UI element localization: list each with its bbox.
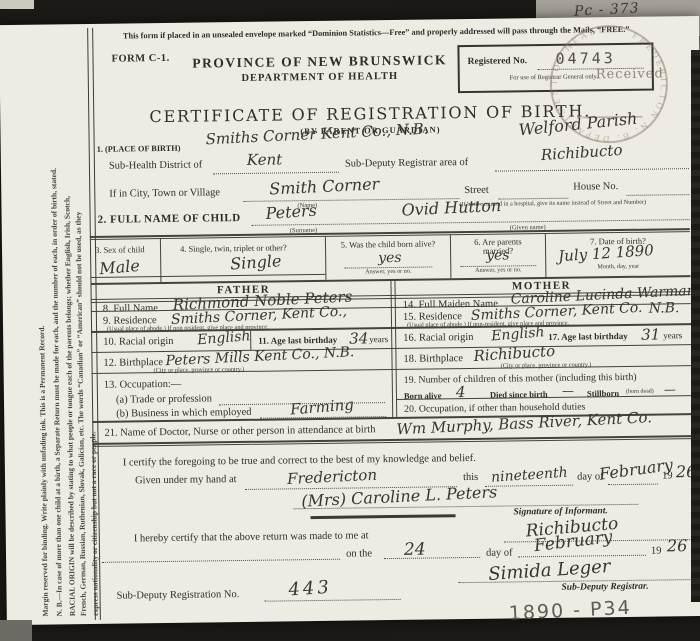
registrar-statement: I hereby certify that the above return w… bbox=[134, 530, 369, 544]
children-count-label: 19. Number of children of this mother (i… bbox=[404, 372, 637, 386]
registrar-dayof-label: day of bbox=[486, 547, 513, 558]
parents-married-note: Answer, yes or no. bbox=[452, 266, 544, 274]
city-town-village-label: If in City, Town or Village bbox=[109, 187, 220, 199]
sub-health-district-label: Sub-Health District of bbox=[109, 159, 202, 171]
mother-racial-origin-value: English bbox=[491, 324, 546, 344]
father-racial-origin-label: 10. Racial origin bbox=[103, 336, 173, 348]
certificate-paper: Margin reserved for binding. Write plain… bbox=[0, 16, 700, 625]
catalog-number-annotation: 1890 - P34 bbox=[508, 597, 632, 625]
full-name-of-child-label: 2. FULL NAME OF CHILD bbox=[98, 212, 241, 226]
given-under-hand-label: Given under my hand at bbox=[135, 474, 237, 486]
mother-racial-origin-label: 16. Racial origin bbox=[403, 332, 473, 344]
scan-top-left-sliver bbox=[0, 0, 34, 9]
place-of-birth-label: 1. (PLACE OF BIRTH) bbox=[97, 144, 181, 154]
sub-deputy-regno-label: Sub-Deputy Registration No. bbox=[116, 589, 239, 602]
father-age-divider bbox=[250, 329, 251, 350]
registrar-year-value: 26 bbox=[667, 536, 688, 555]
sub-health-line bbox=[213, 171, 339, 175]
father-business-label: (b) Business in which employed bbox=[116, 407, 251, 420]
registrar-signature-label: Sub-Deputy Registrar. bbox=[561, 582, 648, 593]
born-alive-q-value: yes bbox=[378, 250, 402, 266]
father-full-name-label: 8. Full Name bbox=[103, 303, 158, 315]
sub-deputy-area-line bbox=[495, 167, 689, 172]
stamp-received-text: Received bbox=[596, 66, 664, 82]
born-alive-q-note: Answer, yes or no. bbox=[336, 267, 440, 275]
sub-deputy-area-value: Richibucto bbox=[540, 141, 623, 164]
mother-birthplace-label: 18. Birthplace bbox=[403, 353, 463, 365]
mother-age-label: 17. Age last birthday bbox=[548, 331, 628, 342]
father-occupation-label: 13. Occupation:— bbox=[104, 379, 182, 391]
registrar-separator-line bbox=[311, 514, 456, 518]
certify-this-label: this bbox=[463, 472, 478, 483]
father-age-label: 11. Age last birthday bbox=[258, 335, 337, 346]
child-surname-value: Peters bbox=[265, 201, 317, 223]
margin-note-binding: Margin reserved for binding. Write plain… bbox=[37, 326, 50, 617]
registered-no-label: Registered No. bbox=[468, 56, 528, 67]
city-value: Smith Corner bbox=[269, 174, 380, 198]
certify-month-line bbox=[608, 483, 658, 486]
born-alive-q-label: 5. Was the child born alive? bbox=[328, 238, 448, 250]
sub-deputy-regno-value: 443 bbox=[288, 577, 333, 601]
house-no-line bbox=[626, 193, 689, 196]
mother-age-value: 31 bbox=[641, 325, 660, 343]
mother-birthplace-note: (City or place, province or country.) bbox=[501, 361, 592, 369]
date-of-birth-note: Month, day, year bbox=[550, 262, 686, 271]
certify-day-value: nineteenth bbox=[491, 465, 569, 486]
father-age-unit: years bbox=[369, 334, 388, 344]
sub-deputy-area-label: Sub-Deputy Registrar area of bbox=[345, 157, 468, 170]
house-no-label: House No. bbox=[573, 181, 618, 193]
parents-married-value: yes bbox=[486, 247, 510, 263]
sex-of-child-label: 3. Sex of child bbox=[95, 244, 145, 255]
certify-year-prefix: 19 bbox=[662, 470, 673, 481]
mother-age-unit: years bbox=[663, 330, 682, 340]
father-trade-label: (a) Trade or profession bbox=[116, 393, 212, 405]
single-twin-value: Single bbox=[230, 251, 282, 273]
mother-residence-note: (Usual place of abode.) If non-resident,… bbox=[407, 320, 569, 329]
margin-note-nb: N. B.—In case of more than one child at … bbox=[49, 168, 64, 616]
province-title: PROVINCE OF NEW BRUNSWICK bbox=[164, 52, 474, 72]
department-title: DEPARTMENT OF HEALTH bbox=[165, 70, 475, 85]
grid-v3 bbox=[450, 234, 452, 278]
child-given-name-value: Ovid Hutton bbox=[401, 196, 501, 220]
given-place-value: Fredericton bbox=[287, 466, 378, 488]
father-birthplace-value: Peters Mills Kent Co., N.B. bbox=[165, 344, 355, 369]
mother-residence-value-2: N.B. bbox=[649, 300, 680, 316]
scanned-birth-certificate: Pc - 373 Margin reserved for binding. Wr… bbox=[0, 0, 700, 641]
onthe-day-line bbox=[384, 556, 480, 559]
sex-of-child-value: Male bbox=[99, 256, 141, 278]
scan-right-strip bbox=[691, 50, 700, 602]
stillborn-note: (born dead) bbox=[626, 389, 654, 395]
sub-deputy-regno-line bbox=[265, 598, 401, 602]
form-number: FORM C-1. bbox=[111, 53, 169, 65]
registrar-year-prefix: 19 bbox=[651, 545, 662, 556]
scan-bottom-left-block bbox=[0, 620, 32, 641]
grid-v4 bbox=[545, 233, 547, 277]
certify-statement: I certify the foregoing to be true and c… bbox=[123, 453, 476, 469]
street-label: Street bbox=[464, 185, 489, 196]
sub-health-district-value: Kent bbox=[247, 150, 283, 168]
father-racial-origin-value: English bbox=[197, 328, 252, 348]
attendance-label: 21. Name of Doctor, Nurse or other perso… bbox=[104, 424, 375, 439]
registrar-day-value: 24 bbox=[404, 540, 426, 560]
onthe-label: on the bbox=[346, 548, 372, 559]
registrar-left-line bbox=[102, 558, 340, 563]
